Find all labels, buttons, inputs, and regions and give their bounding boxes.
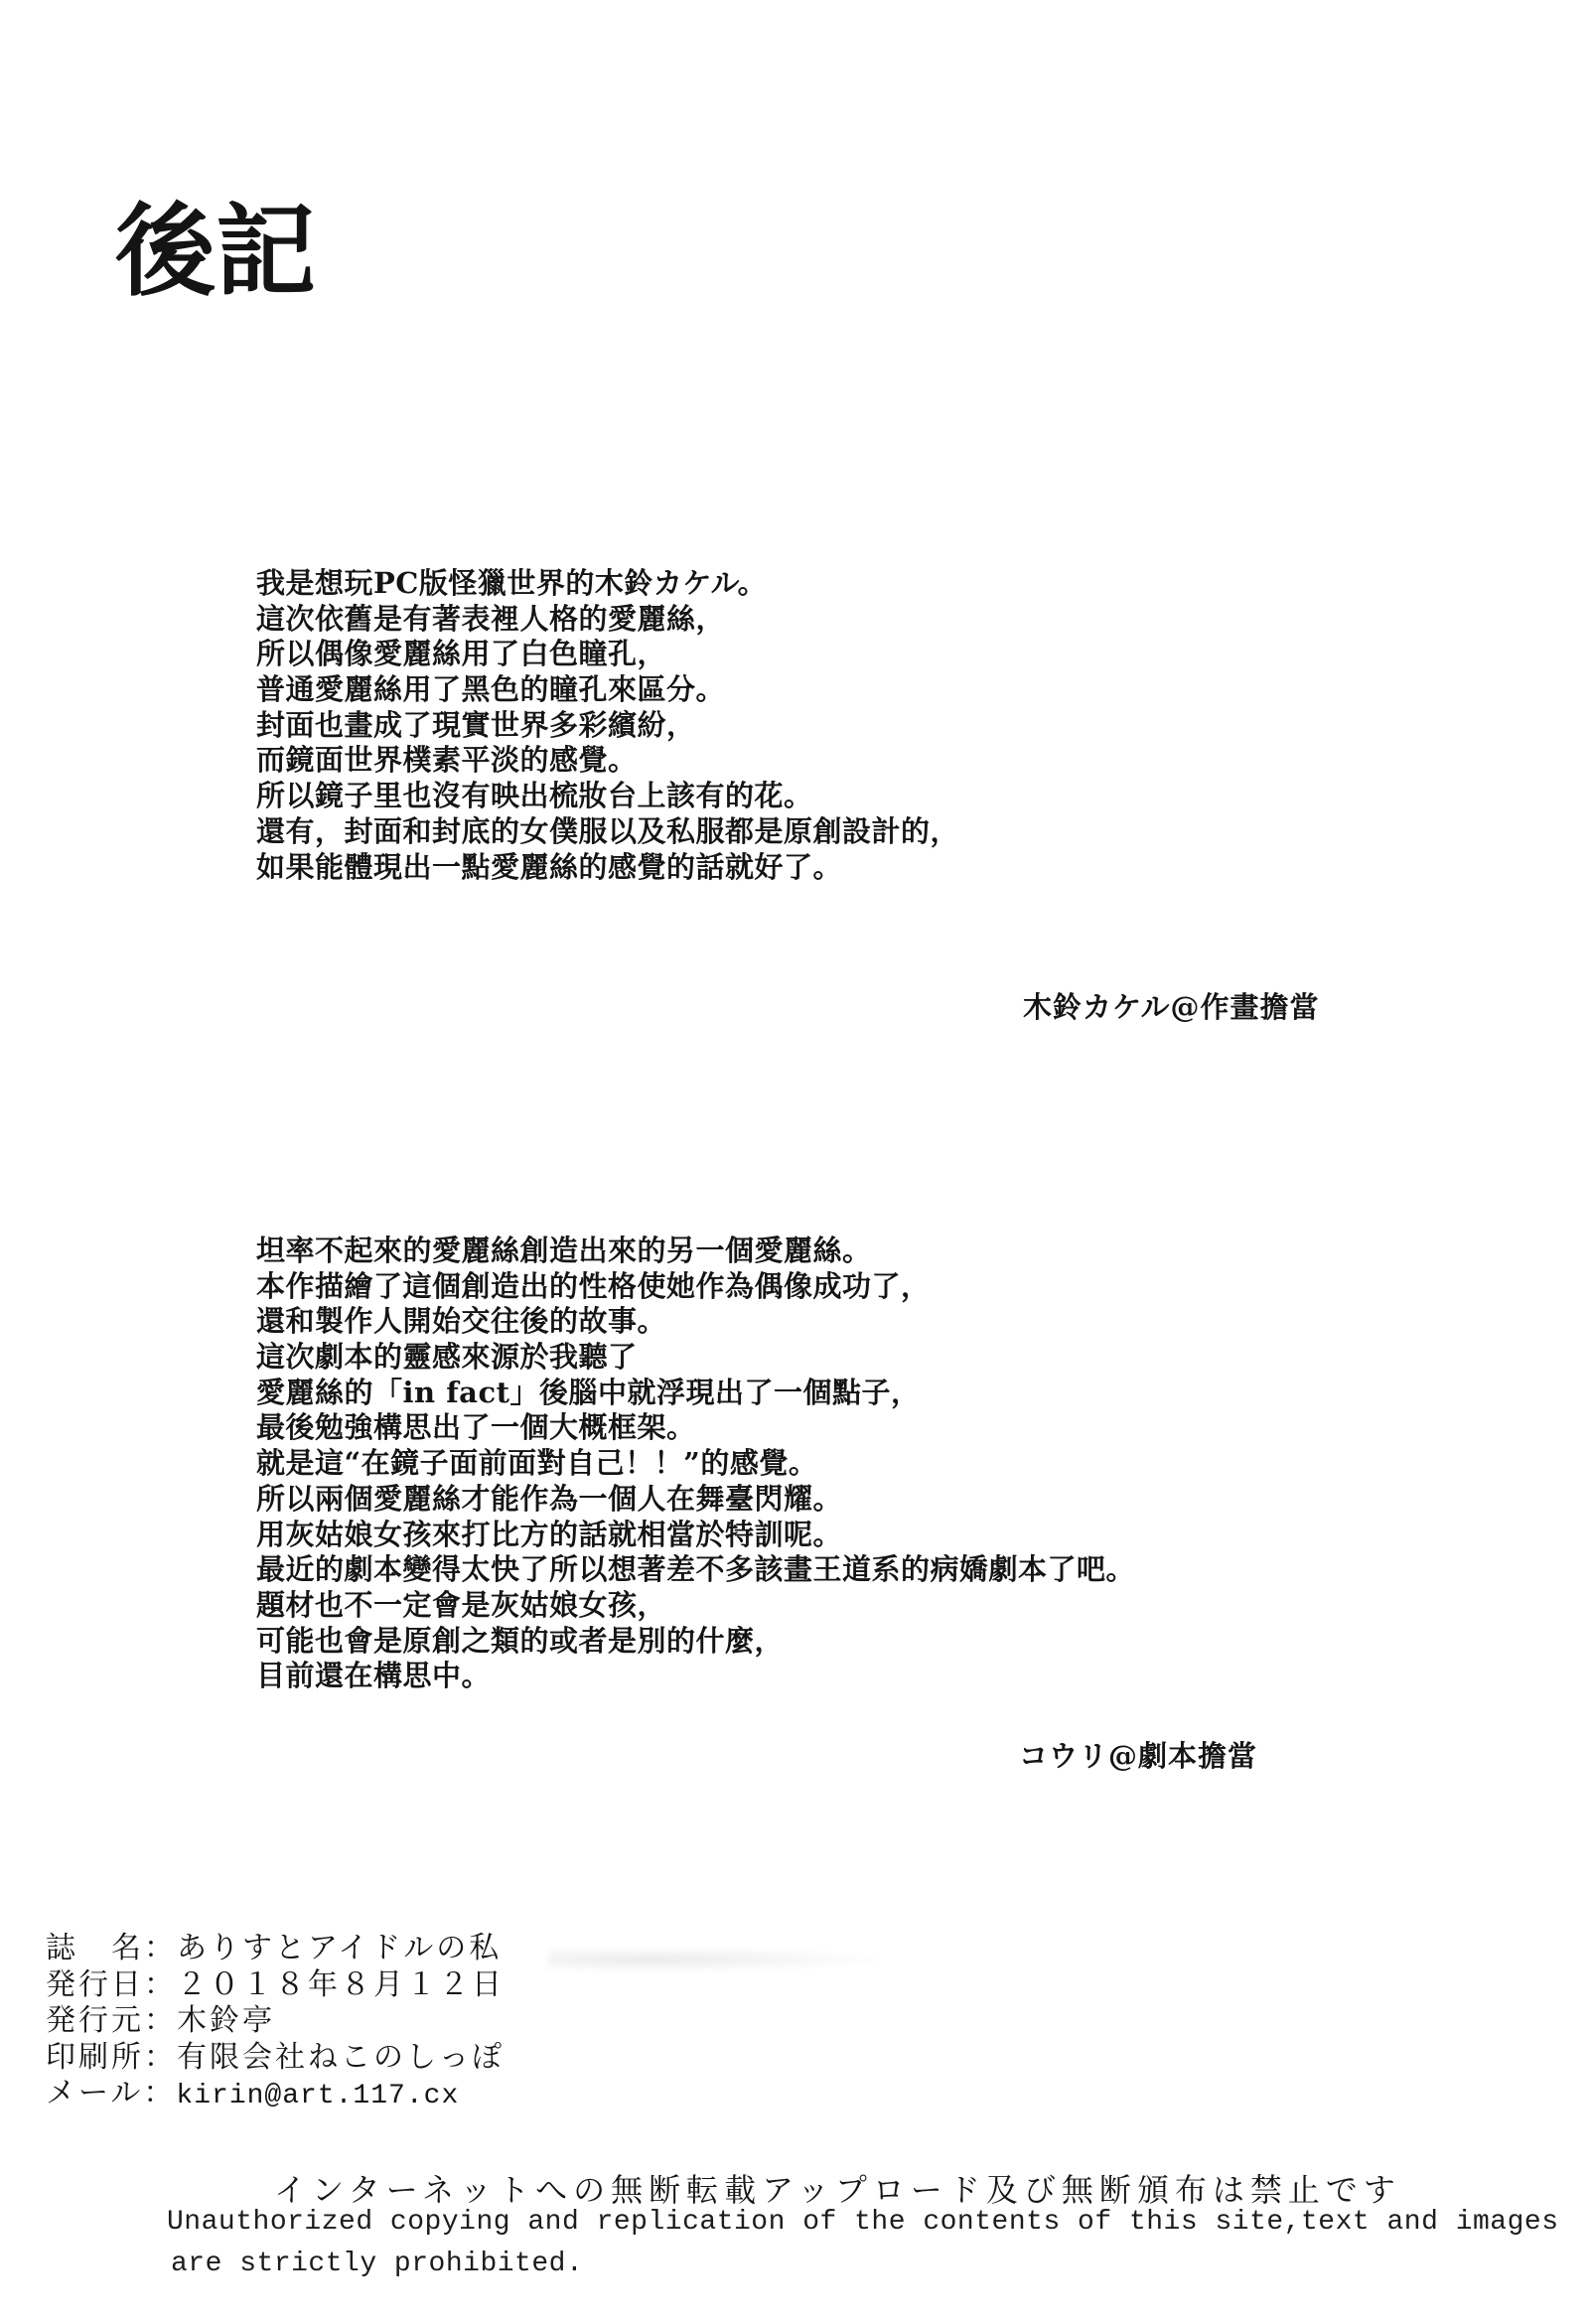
artist-credit: 木鈴カケル@作畫擔當: [1023, 985, 1320, 1026]
colophon-row-date: 発行日：２０１８年８月１２日: [46, 1967, 505, 2004]
paragraph-line: 這次依舊是有著表裡人格的愛麗絲，: [256, 602, 959, 638]
colophon-label: 誌 名：: [46, 1931, 177, 1965]
scan-smudge: [548, 1947, 891, 1972]
colophon-label: 発行日：: [46, 1967, 177, 2002]
paragraph-line: 最近的劇本變得太快了所以想著差不多該畫王道系的病嬌劇本了吧。: [256, 1552, 1135, 1588]
paragraph-line: 可能也會是原創之類的或者是別的什麼，: [256, 1624, 1135, 1660]
page-title: 後記: [115, 199, 316, 304]
paragraph-line: 還和製作人開始交往後的故事。: [256, 1304, 1135, 1340]
colophon-value: kirin@art.117.cx: [176, 2081, 459, 2111]
notice-english-line1: Unauthorized copying and replication of …: [167, 2207, 1559, 2238]
colophon-row-printer: 印刷所：有限会社ねこのしっぽ: [46, 2040, 505, 2077]
paragraph-line: 這次劇本的靈感來源於我聽了: [256, 1340, 1135, 1376]
paragraph-line: 所以偶像愛麗絲用了白色瞳孔，: [256, 637, 959, 672]
colophon: 誌 名：ありすとアイドルの私 発行日：２０１８年８月１２日 発行元：木鈴亭 印刷…: [46, 1931, 505, 2112]
writer-afterword-paragraph: 坦率不起來的愛麗絲創造出來的另一個愛麗絲。 本作描繪了這個創造出的性格使她作為偶…: [256, 1234, 1135, 1694]
writer-credit: コウリ@劇本擔當: [1019, 1734, 1257, 1775]
colophon-value: 有限会社ねこのしっぽ: [177, 2040, 505, 2075]
afterword-page: 後記 我是想玩PC版怪獵世界的木鈴カケル。 這次依舊是有著表裡人格的愛麗絲， 所…: [0, 0, 1589, 2324]
paragraph-line: 坦率不起來的愛麗絲創造出來的另一個愛麗絲。: [256, 1234, 1135, 1269]
colophon-value: ２０１８年８月１２日: [177, 1967, 505, 2002]
paragraph-line: 普通愛麗絲用了黑色的瞳孔來區分。: [256, 672, 959, 708]
paragraph-line: 所以鏡子里也沒有映出梳妝台上該有的花。: [256, 779, 959, 814]
colophon-row-email: メール：kirin@art.117.cx: [46, 2076, 505, 2112]
paragraph-line: 愛麗絲的「in fact」後腦中就浮現出了一個點子，: [256, 1376, 1135, 1411]
notice-english-line2: are strictly prohibited.: [171, 2249, 583, 2279]
paragraph-line: 如果能體現出一點愛麗絲的感覺的話就好了。: [256, 850, 959, 886]
paragraph-line: 就是這“在鏡子面前面對自己！！”的感覺。: [256, 1446, 1135, 1482]
paragraph-line: 封面也畫成了現實世界多彩繽紛，: [256, 708, 959, 744]
paragraph-line: 本作描繪了這個創造出的性格使她作為偶像成功了，: [256, 1269, 1135, 1305]
notice-japanese: インターネットへの無断転載アップロード及び無断頒布は禁止です: [274, 2165, 1401, 2211]
colophon-row-title: 誌 名：ありすとアイドルの私: [46, 1931, 505, 1967]
paragraph-line: 最後勉強構思出了一個大概框架。: [256, 1410, 1135, 1446]
colophon-value: 木鈴亭: [177, 2003, 275, 2038]
colophon-label: 印刷所：: [46, 2040, 177, 2075]
colophon-label: 発行元：: [46, 2003, 177, 2038]
paragraph-line: 還有，封面和封底的女僕服以及私服都是原創設計的，: [256, 814, 959, 850]
paragraph-line: 我是想玩PC版怪獵世界的木鈴カケル。: [256, 566, 959, 602]
colophon-value: ありすとアイドルの私: [177, 1931, 502, 1965]
paragraph-line: 所以兩個愛麗絲才能作為一個人在舞臺閃耀。: [256, 1482, 1135, 1518]
colophon-label: メール：: [46, 2076, 176, 2110]
paragraph-line: 用灰姑娘女孩來打比方的話就相當於特訓呢。: [256, 1518, 1135, 1553]
paragraph-line: 而鏡面世界樸素平淡的感覺。: [256, 743, 959, 779]
paragraph-line: 題材也不一定會是灰姑娘女孩，: [256, 1588, 1135, 1624]
paragraph-line: 目前還在構思中。: [256, 1659, 1135, 1694]
colophon-row-publisher: 発行元：木鈴亭: [46, 2003, 505, 2040]
artist-afterword-paragraph: 我是想玩PC版怪獵世界的木鈴カケル。 這次依舊是有著表裡人格的愛麗絲， 所以偶像…: [256, 566, 959, 885]
